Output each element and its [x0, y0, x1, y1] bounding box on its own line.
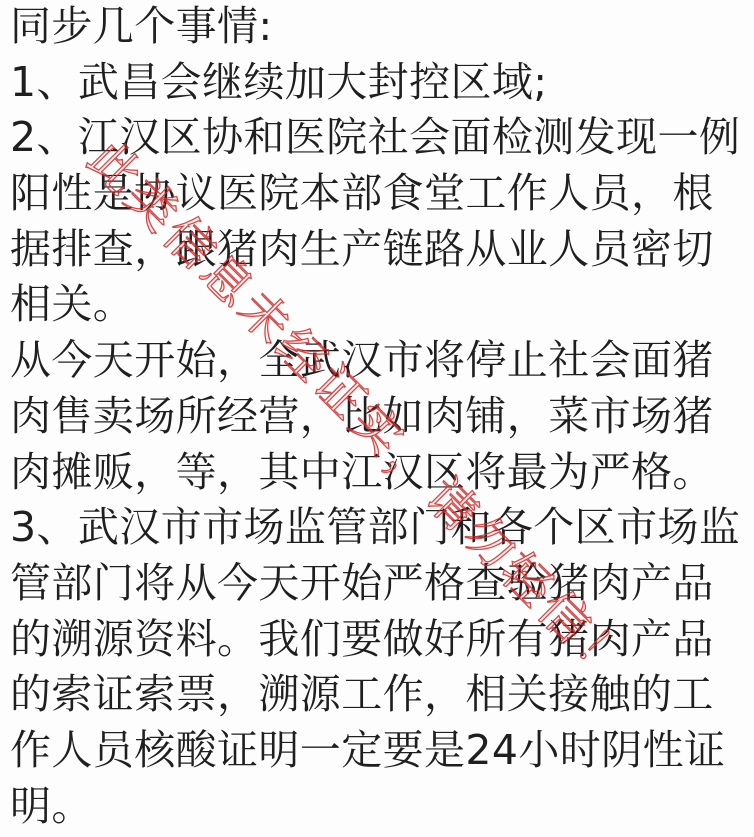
text-line: 管部门将从今天开始严格查验猪肉产品: [10, 556, 750, 612]
text-line: 相关。: [10, 277, 750, 333]
text-line: 作人员核酸证明一定要是24小时阴性证: [10, 723, 750, 779]
heading-line: 同步几个事情:: [10, 0, 750, 55]
message-text-body: 同步几个事情: 1、武昌会继续加大封控区域; 2、江汉区协和医院社会面检测发现一…: [10, 0, 750, 834]
text-line: 肉售卖场所经营，比如肉铺，菜市场猪: [10, 389, 750, 445]
text-line: 的溯源资料。我们要做好所有猪肉产品: [10, 612, 750, 668]
text-line: 从今天开始，全武汉市将停止社会面猪: [10, 333, 750, 389]
text-line: 的索证索票，溯源工作，相关接触的工: [10, 667, 750, 723]
text-line: 明。: [10, 779, 750, 835]
item-3-line: 3、武汉市市场监管部门和各个区市场监: [10, 500, 750, 556]
item-1-line: 1、武昌会继续加大封控区域;: [10, 55, 750, 111]
text-line: 阳性是协议医院本部食堂工作人员，根: [10, 166, 750, 222]
text-line: 据排查，跟猪肉生产链路从业人员密切: [10, 222, 750, 278]
text-line: 肉摊贩，等，其中江汉区将最为严格。: [10, 445, 750, 501]
item-2-line: 2、江汉区协和医院社会面检测发现一例: [10, 110, 750, 166]
